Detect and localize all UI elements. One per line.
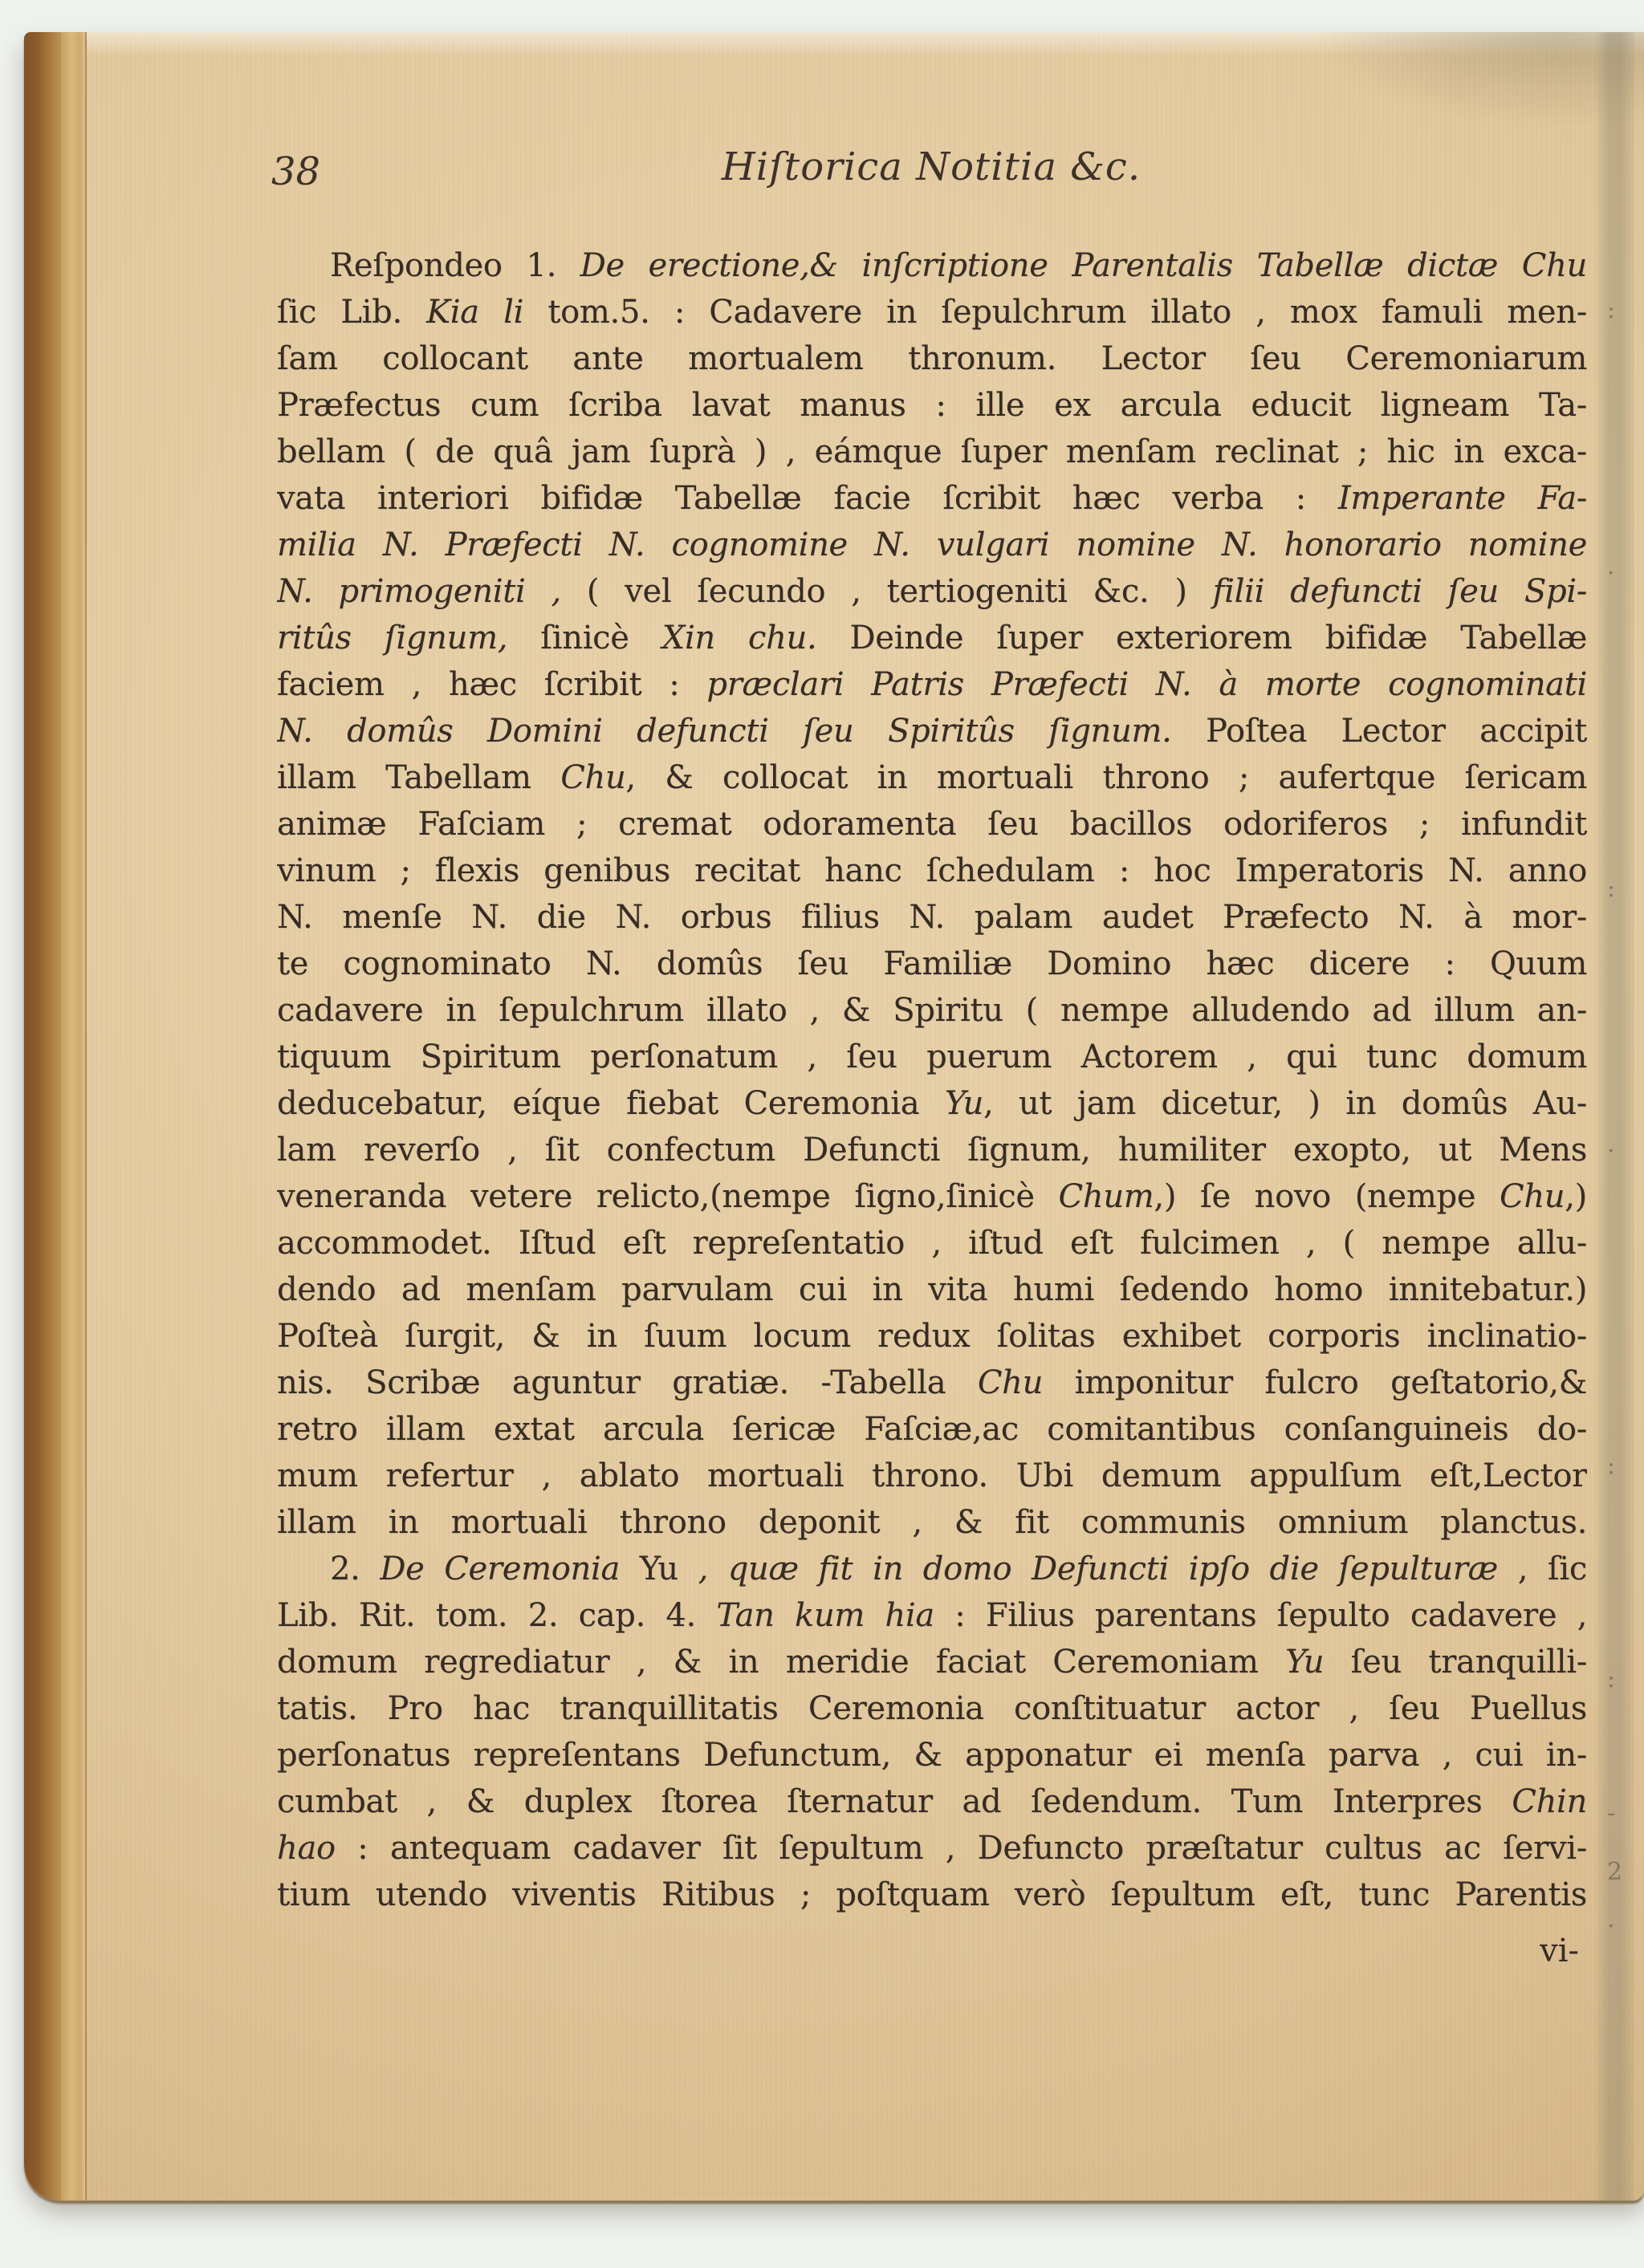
text-line: tium utendo viventis Ritibus ; poſtquam …: [277, 1872, 1587, 1918]
text-line: nis. Scribæ aguntur gratiæ. -Tabella Chu…: [277, 1360, 1587, 1406]
text-line: cadavere in ſepulchrum illato , & Spirit…: [277, 987, 1587, 1034]
page-number: 38: [271, 149, 320, 194]
text-line: 2. De Ceremonia Yu , quæ fit in domo Def…: [277, 1546, 1587, 1592]
book-spine-edge: [24, 32, 61, 2201]
text-line: mum refertur , ablato mortuali throno. U…: [277, 1453, 1587, 1499]
page-header: 38 Hiſtorica Notitia &c.: [24, 144, 1644, 209]
text-block: Reſpondeo 1. De erectione,& inſcriptione…: [277, 242, 1587, 1918]
text-line: accommodet. Iſtud eſt repreſentatio , iſ…: [277, 1220, 1587, 1266]
catchword: vi-: [1540, 1933, 1579, 1969]
text-line: tatis. Pro hac tranquillitatis Ceremonia…: [277, 1685, 1587, 1732]
page-edge-stack: [61, 32, 87, 2201]
text-line: domum regrediatur , & in meridie faciat …: [277, 1639, 1587, 1685]
edge-mark: :: [1607, 1454, 1615, 1478]
text-line: dendo ad menſam parvulam cui in vita hum…: [277, 1266, 1587, 1313]
edge-mark: ·: [1607, 1140, 1615, 1164]
text-line: N. domûs Domini defuncti ſeu Spiritûs ſi…: [277, 708, 1587, 754]
text-line: N. primogeniti , ( vel ſecundo , tertiog…: [277, 568, 1587, 615]
running-title: Hiſtorica Notitia &c.: [722, 144, 1141, 189]
catchword-line: vi-: [277, 1928, 1587, 1974]
text-line: te cognominato N. domûs ſeu Familiæ Domi…: [277, 941, 1587, 987]
text-line: vata interiori bifidæ Tabellæ facie ſcri…: [277, 475, 1587, 522]
text-line: tiquum Spiritum perſonatum , ſeu puerum …: [277, 1034, 1587, 1080]
text-line: illam Tabellam Chu, & collocat in mortua…: [277, 754, 1587, 801]
edge-mark: ·: [1607, 562, 1615, 586]
text-line: Præfectus cum ſcriba lavat manus : ille …: [277, 382, 1587, 429]
edge-mark: 2: [1607, 1860, 1622, 1884]
text-line: retro illam extat arcula ſericæ Faſciæ,a…: [277, 1406, 1587, 1453]
text-line: illam in mortuali throno deponit , & fit…: [277, 1499, 1587, 1546]
text-line: ſic Lib. Kia li tom.5. : Cadavere in ſep…: [277, 289, 1587, 335]
text-line: Lib. Rit. tom. 2. cap. 4. Tan kum hia : …: [277, 1592, 1587, 1639]
book-page: 38 Hiſtorica Notitia &c. Reſpondeo 1. De…: [24, 32, 1644, 2201]
text-line: cumbat , & duplex ſtorea ſternatur ad ſe…: [277, 1778, 1587, 1825]
text-line: vinum ; flexis genibus recitat hanc ſche…: [277, 847, 1587, 894]
edge-mark: ·: [1607, 1915, 1615, 1939]
text-line: deducebatur, eíque fiebat Ceremonia Yu, …: [277, 1080, 1587, 1127]
text-line: N. menſe N. die N. orbus filius N. palam…: [277, 894, 1587, 941]
text-line: lam reverſo , ſit confectum Defuncti ſig…: [277, 1127, 1587, 1173]
edge-mark: :: [1607, 299, 1615, 323]
text-line: veneranda vetere relicto,(nempe ſigno,ſi…: [277, 1173, 1587, 1220]
text-line: animæ Faſciam ; cremat odoramenta ſeu ba…: [277, 801, 1587, 847]
text-line: Poſteà ſurgit, & in ſuum locum redux ſol…: [277, 1313, 1587, 1360]
text-line: faciem , hæc ſcribit : præclari Patris P…: [277, 661, 1587, 708]
scanned-book-photo: 38 Hiſtorica Notitia &c. Reſpondeo 1. De…: [0, 0, 1644, 2268]
text-line: ſam collocant ante mortualem thronum. Le…: [277, 335, 1587, 382]
text-line: ritûs ſignum, ſinicè Xin chu. Deinde ſup…: [277, 615, 1587, 661]
text-line: bellam ( de quâ jam ſuprà ) , eámque ſup…: [277, 429, 1587, 475]
edge-mark: -: [1607, 1802, 1615, 1826]
text-line: hao : antequam cadaver ſit ſepultum , De…: [277, 1825, 1587, 1872]
edge-mark: :: [1607, 1668, 1615, 1692]
edge-mark: :: [1607, 877, 1615, 901]
text-line: Reſpondeo 1. De erectione,& inſcriptione…: [277, 242, 1587, 289]
text-line: perſonatus repreſentans Defunctum, & app…: [277, 1732, 1587, 1778]
text-line: milia N. Præfecti N. cognomine N. vulgar…: [277, 522, 1587, 568]
